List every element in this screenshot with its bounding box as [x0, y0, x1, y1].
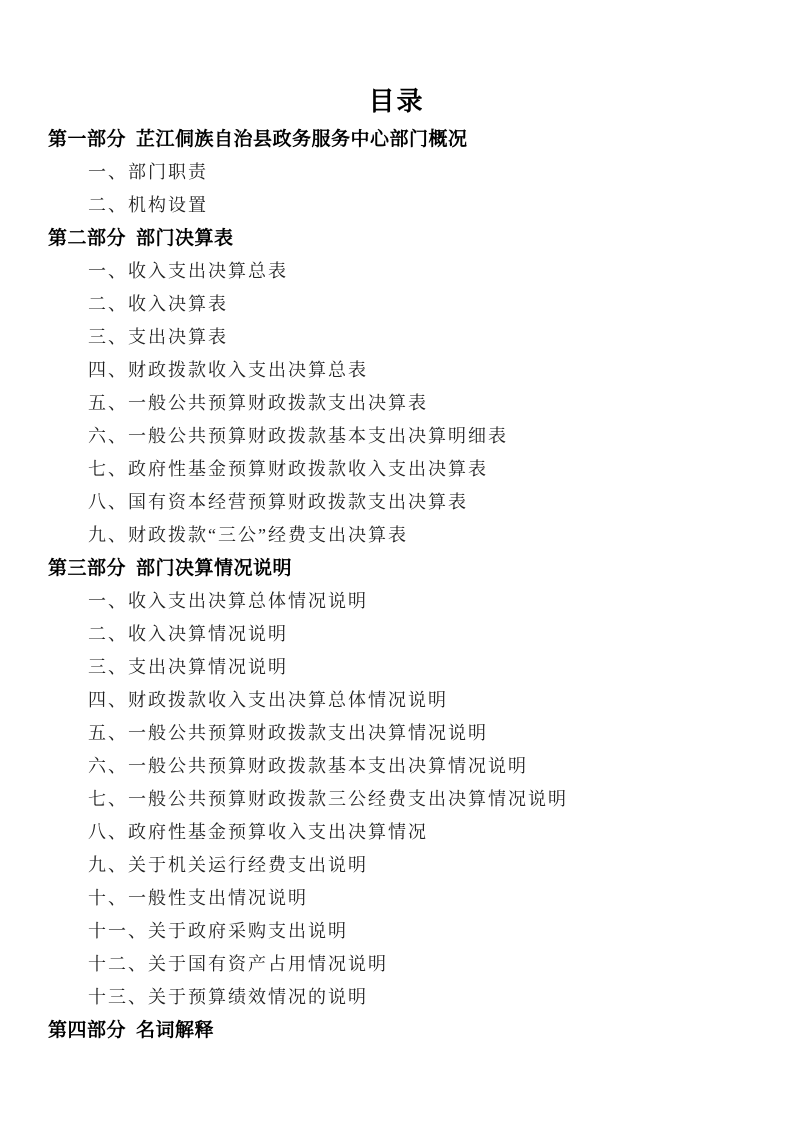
section-label: 第四部分 [48, 1020, 126, 1041]
toc-item: 十三、关于预算绩效情况的说明 [48, 981, 745, 1014]
document-page: 目录 第一部分芷江侗族自治县政务服务中心部门概况 一、部门职责 二、机构设置 第… [0, 0, 793, 1122]
toc-item: 一、收入支出决算总表 [48, 255, 745, 288]
toc-item: 六、一般公共预算财政拨款基本支出决算情况说明 [48, 750, 745, 783]
toc-item: 二、收入决算表 [48, 288, 745, 321]
toc-item: 三、支出决算情况说明 [48, 651, 745, 684]
toc-item: 九、关于机关运行经费支出说明 [48, 849, 745, 882]
section-title: 名词解释 [136, 1020, 214, 1041]
toc-item: 八、国有资本经营预算财政拨款支出决算表 [48, 486, 745, 519]
toc-item: 四、财政拨款收入支出决算总体情况说明 [48, 684, 745, 717]
toc-item: 七、一般公共预算财政拨款三公经费支出决算情况说明 [48, 783, 745, 816]
toc-item: 一、部门职责 [48, 156, 745, 189]
toc-item: 七、政府性基金预算财政拨款收入支出决算表 [48, 453, 745, 486]
section-label: 第二部分 [48, 228, 126, 249]
toc-item: 十、一般性支出情况说明 [48, 882, 745, 915]
toc-item: 六、一般公共预算财政拨款基本支出决算明细表 [48, 420, 745, 453]
toc-section-heading: 第一部分芷江侗族自治县政务服务中心部门概况 [48, 123, 745, 156]
section-label: 第三部分 [48, 558, 126, 579]
toc-item: 八、政府性基金预算收入支出决算情况 [48, 816, 745, 849]
section-title: 芷江侗族自治县政务服务中心部门概况 [136, 129, 468, 150]
section-title: 部门决算情况说明 [136, 558, 292, 579]
toc-item: 九、财政拨款“三公”经费支出决算表 [48, 519, 745, 552]
toc-item: 五、一般公共预算财政拨款支出决算表 [48, 387, 745, 420]
toc-item: 三、支出决算表 [48, 321, 745, 354]
toc-item: 四、财政拨款收入支出决算总表 [48, 354, 745, 387]
section-label: 第一部分 [48, 129, 126, 150]
toc-item: 十一、关于政府采购支出说明 [48, 915, 745, 948]
toc-item: 二、机构设置 [48, 189, 745, 222]
toc-section-heading: 第四部分名词解释 [48, 1014, 745, 1047]
toc-item: 一、收入支出决算总体情况说明 [48, 585, 745, 618]
toc-item: 五、一般公共预算财政拨款支出决算情况说明 [48, 717, 745, 750]
toc-section-heading: 第三部分部门决算情况说明 [48, 552, 745, 585]
page-title: 目录 [48, 85, 745, 118]
toc-section-heading: 第二部分部门决算表 [48, 222, 745, 255]
toc-item: 十二、关于国有资产占用情况说明 [48, 948, 745, 981]
section-title: 部门决算表 [136, 228, 234, 249]
toc-item: 二、收入决算情况说明 [48, 618, 745, 651]
